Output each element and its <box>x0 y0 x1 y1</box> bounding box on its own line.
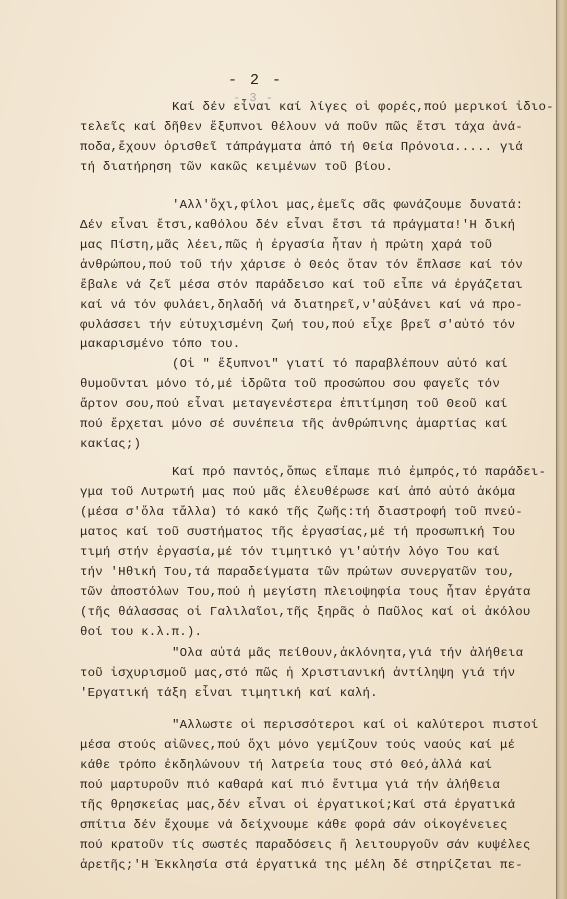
text-line: καί νά τόν φυλάει,δηλαδή νά διατηρεῖ,ν'α… <box>80 298 523 312</box>
text-line: τοῦ ἰσχυρισμοῦ μας,στό πῶς ἡ Χριστιανική… <box>80 666 515 680</box>
text-line: μακαρισμένο τόπο του. <box>80 337 240 351</box>
text-line: μέσα στούς αἰῶνες,πού ὄχι μόνο γεμίζουν … <box>80 738 515 752</box>
text-line: θοί του κ.λ.π.). <box>80 625 202 639</box>
text-line: πού μαρτυροῦν πιό καθαρά καί πιό ἔντιμα … <box>80 778 500 792</box>
text-line: "Ολα αὐτά μᾶς πείθουν,ἀκλόνητα,γιά τήν ἀ… <box>172 646 523 660</box>
text-line: τιμή στήν ἐργασία,μέ τόν τιμητικό γι'αὐτ… <box>80 545 500 559</box>
text-line: κακίας;) <box>80 437 141 451</box>
text-line: 'Αλλ'ὄχι,φίλοι μας,ἐμεῖς σᾶς φωνάζουμε δ… <box>172 198 523 212</box>
page-number: - 2 - <box>228 72 283 89</box>
text-line: Δέν εἶναι ἔτσι,καθόλου δέν εἶναι ἔτσι τά… <box>80 218 515 232</box>
text-line: (τῆς θάλασσας οἱ Γαλιλαῖοι,τῆς ξηρᾶς ὁ Π… <box>80 605 531 619</box>
typewritten-page: - 2 - - 3 - Καί δέν εἶναι καί λίγες οἱ φ… <box>0 0 557 899</box>
text-line: ἔβαλε νά ζεῖ μέσα στόν παράδεισο καί τοῦ… <box>80 278 523 292</box>
text-line: "Αλλωστε οἱ περισσότεροι καί οἱ καλύτερο… <box>172 718 539 732</box>
text-line: πού κρατοῦν τίς σωστές παραδόσεις ἤ λειτ… <box>80 838 531 852</box>
text-line: μας Πίστη,μᾶς λέει,πῶς ἡ ἐργασία ἦταν ἡ … <box>80 238 492 252</box>
text-line: γμα τοῦ Λυτρωτή μας πού μᾶς ἐλευθέρωσε κ… <box>80 485 515 499</box>
text-line: τῶν ἀποστόλων Του,πού ἡ μεγίστη πλειοψηφ… <box>80 585 531 599</box>
text-line: κάθε τρόπο ἐκδηλώνουν τή λατρεία τους στ… <box>80 758 492 772</box>
text-line: ματος καί τοῦ συστήματος τῆς ἐργασίας,μέ… <box>80 525 515 539</box>
page-edge <box>556 0 567 899</box>
text-line: τή διατήρηση τῶν κακῶς κειμένων τοῦ βίου… <box>80 160 393 174</box>
text-line: (μέσα σ'ὅλα τἄλλα) τό κακό τῆς ζωῆς:τή δ… <box>80 505 523 519</box>
text-line: τελεῖς καί δῆθεν ἔξυπνοι θέλουν νά ποῦν … <box>80 120 523 134</box>
text-line: Καί δέν εἶναι καί λίγες οἱ φορές,πού μερ… <box>172 100 554 114</box>
text-line: (Οἱ " ἔξυπνοι" γιατί τό παραβλέπουν αὐτό… <box>172 357 508 371</box>
text-line: τήν 'Ηθική Του,τά παραδείγματα τῶν πρώτω… <box>80 565 515 579</box>
text-line: Καί πρό παντός,ὅπως εἴπαμε πιό ἐμπρός,τό… <box>172 465 546 479</box>
text-line: φυλάσσει τήν εὐτυχισμένη ζωή του,πού εἶχ… <box>80 318 515 332</box>
text-line: ἀρετῆς;'Η Ἐκκλησία στά ἐργατικά της μέλη… <box>80 858 523 872</box>
text-line: πού ἔρχεται μόνο σέ συνέπεια τῆς ἀνθρώπι… <box>80 417 508 431</box>
text-line: ἀνθρώπου,πού τοῦ τήν χάρισε ὁ Θεός ὅταν … <box>80 258 523 272</box>
text-line: τῆς θρησκείας μας,δέν εἶναι οἱ ἐργατικοί… <box>80 798 515 812</box>
text-line: ποδα,ἔχουν ὁρισθεῖ τάπράγματα ἀπό τή Θεί… <box>80 140 523 154</box>
text-line: 'Εργατική τάξη εἶναι τιμητική καί καλή. <box>80 686 378 700</box>
text-line: σπίτια δέν ἔχουμε νά δείχνουμε κάθε φορά… <box>80 818 508 832</box>
text-line: ἄρτον σου,πού εἶναι μεταγενέστερα ἐπιτίμ… <box>80 397 508 411</box>
text-line: θυμοῦνται μόνο τό,μέ ἱδρῶτα τοῦ προσώπου… <box>80 377 500 391</box>
